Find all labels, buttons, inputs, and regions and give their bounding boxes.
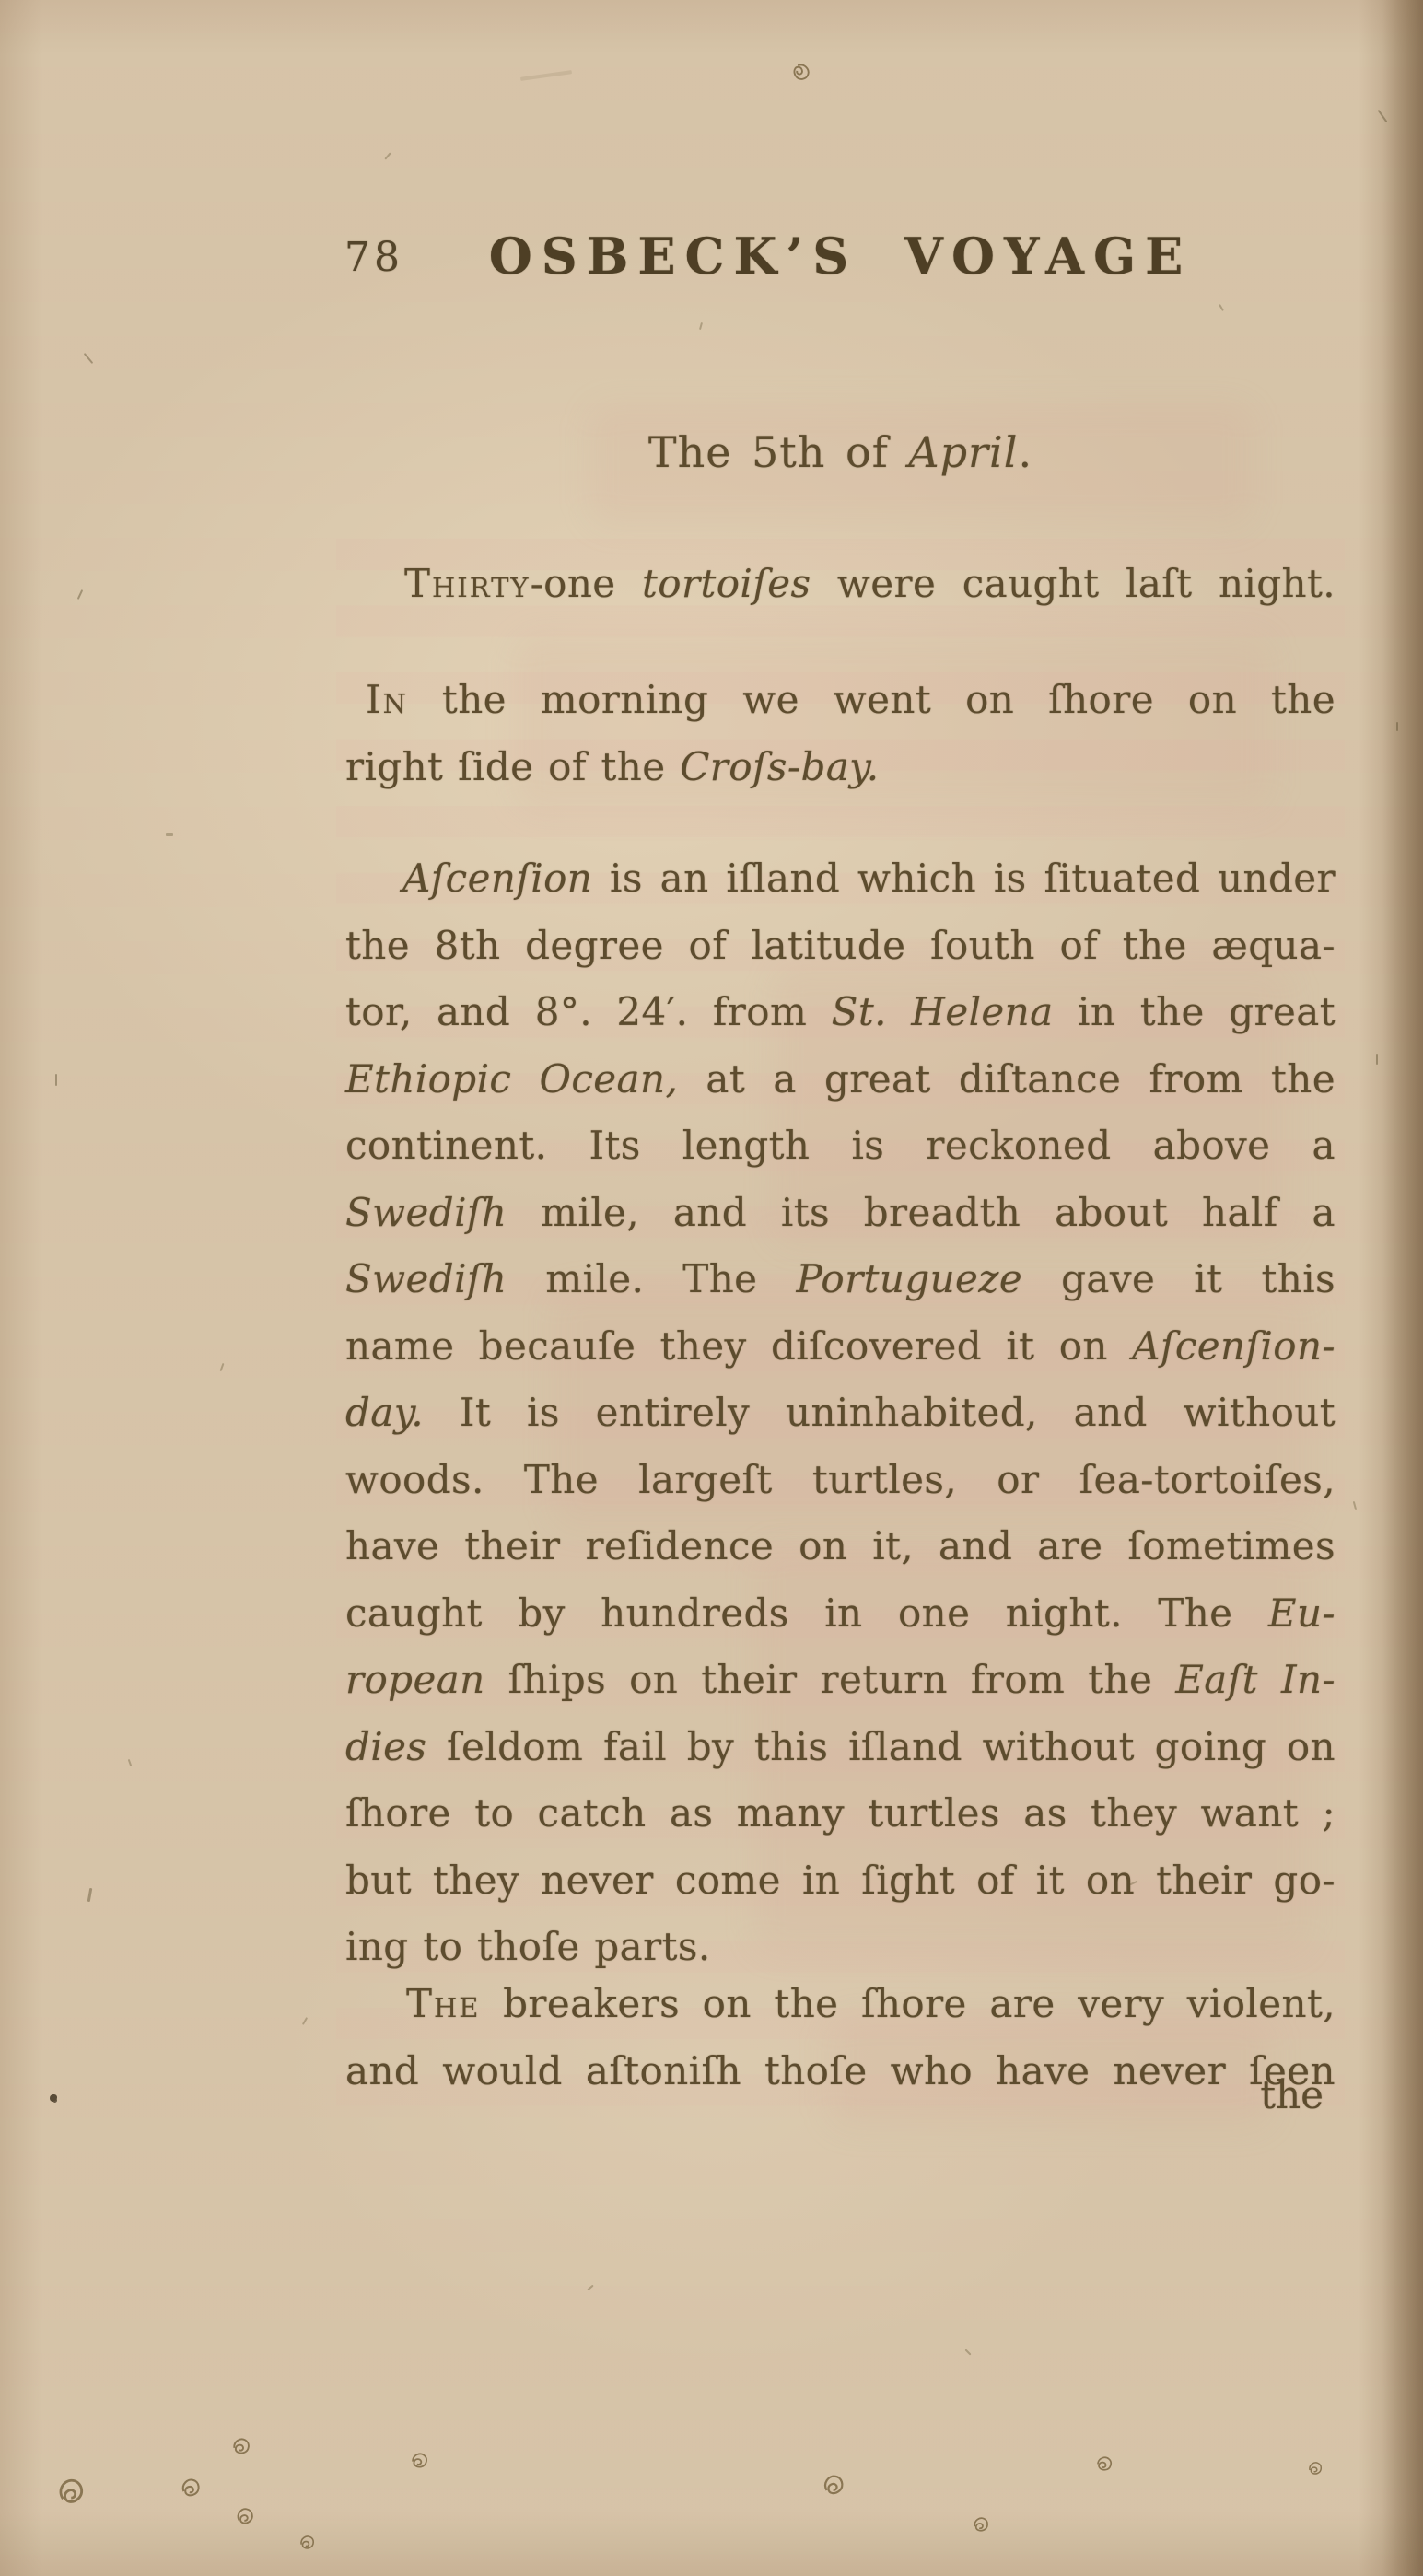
text-line: Swediſh mile, and its breadth about half… [345,1180,1336,1247]
smallcaps-text: The [406,1981,480,2026]
margin-mark [1396,722,1398,731]
text-segment: but they never come in ſight of it on th… [345,1858,1336,1903]
text-line: right ſide of the Croſs-bay. [345,734,1336,801]
paragraph-tortoises: Thirty-one tortoiſes were caught laſt ni… [345,551,1336,618]
text-segment: gave it this [1022,1256,1336,1301]
text-line: day. It is entirely uninhabited, and wit… [345,1380,1336,1447]
text-line: but they never come in ſight of it on th… [345,1847,1336,1915]
text-segment: right ſide of the [345,744,680,789]
italic-text: Aſcenſion- [1132,1323,1336,1369]
paper-speck-curl [299,2535,315,2550]
paper-speck-curl [179,2476,202,2499]
paper-speck-curl [1308,2461,1323,2476]
catchword: the [345,2072,1324,2117]
text-segment: It is entirely uninhabited, and without [424,1390,1336,1435]
italic-text: day. [345,1390,424,1435]
text-segment: ſhips on their return from the [485,1657,1176,1702]
text-segment: is an iſland which is ſituated under [592,856,1336,901]
text-segment: continent. Its length is reckoned above … [345,1123,1336,1168]
text-line: The breakers on the ſhore are very viole… [345,1971,1336,2038]
text-line: Swediſh mile. The Portugueze gave it thi… [345,1246,1336,1313]
italic-text: Ethiopic Ocean, [345,1056,678,1102]
text-line: ſhore to catch as many turtles as they w… [345,1780,1336,1847]
text-segment: have their reſidence on it, and are ſome… [345,1523,1336,1568]
paper-speck-curl [790,61,811,82]
smallcaps-text: In [366,677,408,722]
text-segment: at a great diſtance from the [678,1056,1336,1102]
text-line: continent. Its length is reckoned above … [345,1113,1336,1180]
italic-text: Croſs-bay. [680,744,879,789]
running-title: OSBECK’S VOYAGE [345,227,1336,286]
text-line: have their reſidence on it, and are ſome… [345,1513,1336,1580]
italic-text: Aſcenſion [402,856,592,901]
text-line: caught by hundreds in one night. The Eu- [345,1580,1336,1648]
text-segment: ſeldom fail by this iſland without going… [426,1724,1336,1769]
margin-mark [55,1074,57,1086]
margin-mark [1376,1054,1378,1065]
text-segment: The 5th of [648,427,909,477]
text-line: Thirty-one tortoiſes were caught laſt ni… [345,551,1336,618]
italic-text: Eaſt In- [1175,1657,1336,1702]
paper-speck-curl [973,2516,989,2533]
italic-text: ropean [345,1657,485,1702]
text-segment: mile, and its breadth about half a [507,1190,1336,1235]
text-line: woods. The largeſt turtles, or ſea-torto… [345,1447,1336,1514]
paper-speck-curl [409,2450,429,2470]
text-line: name becauſe they diſcovered it on Aſcen… [345,1313,1336,1381]
text-layer: 78 OSBECK’S VOYAGE The 5th of April. Thi… [0,0,1423,2576]
text-line: the 8th degree of latitude ſouth of the … [345,913,1336,980]
text-segment: ing to thoſe parts. [345,1924,711,1969]
text-segment: breakers on the ſhore are very violent, [480,1981,1336,2026]
text-segment: tor, and 8°. 24′. from [345,989,832,1034]
text-segment: -one [531,561,642,606]
paper-fleck [166,833,173,836]
italic-text: dies [345,1724,426,1769]
paragraph-morning: In the morning we went on ſhore on theri… [345,667,1336,800]
text-segment: the morning we went on ſhore on the [408,677,1336,722]
paper-speck-curl [231,2436,251,2456]
text-segment: in the great [1054,989,1336,1034]
text-line: Ethiopic Ocean, at a great diſtance from… [345,1046,1336,1113]
italic-text: Portugueze [796,1256,1022,1301]
text-line: In the morning we went on ſhore on the [345,667,1336,734]
text-segment: the 8th degree of latitude ſouth of the … [345,923,1336,968]
text-segment: name becauſe they diſcovered it on [345,1323,1132,1369]
text-segment: were caught laſt night. [811,561,1336,606]
section-heading: The 5th of April. [345,427,1336,477]
italic-text: tortoiſes [642,561,811,606]
smallcaps-text: Thirty [404,561,531,606]
text-line: ropean ſhips on their return from the Ea… [345,1647,1336,1714]
book-page: 78 OSBECK’S VOYAGE The 5th of April. Thi… [0,0,1423,2576]
text-segment: caught by hundreds in one night. The [345,1591,1268,1636]
text-line: Aſcenſion is an iſland which is ſituated… [345,845,1336,913]
italic-text: Swediſh [345,1190,507,1235]
italic-text: Swediſh [345,1256,507,1301]
text-segment: mile. The [507,1256,796,1301]
text-line: tor, and 8°. 24′. from St. Helena in the… [345,979,1336,1046]
italic-text: April [908,427,1018,477]
italic-text: St. Helena [832,989,1054,1034]
text-segment: ſhore to catch as many turtles as they w… [345,1790,1336,1836]
paragraph-ascension: Aſcenſion is an iſland which is ſituated… [345,845,1336,1981]
italic-text: Eu- [1268,1591,1336,1636]
text-segment: . [1018,427,1032,477]
text-line: dies ſeldom fail by this iſland without … [345,1714,1336,1781]
text-segment: woods. The largeſt turtles, or ſea-torto… [345,1457,1336,1502]
